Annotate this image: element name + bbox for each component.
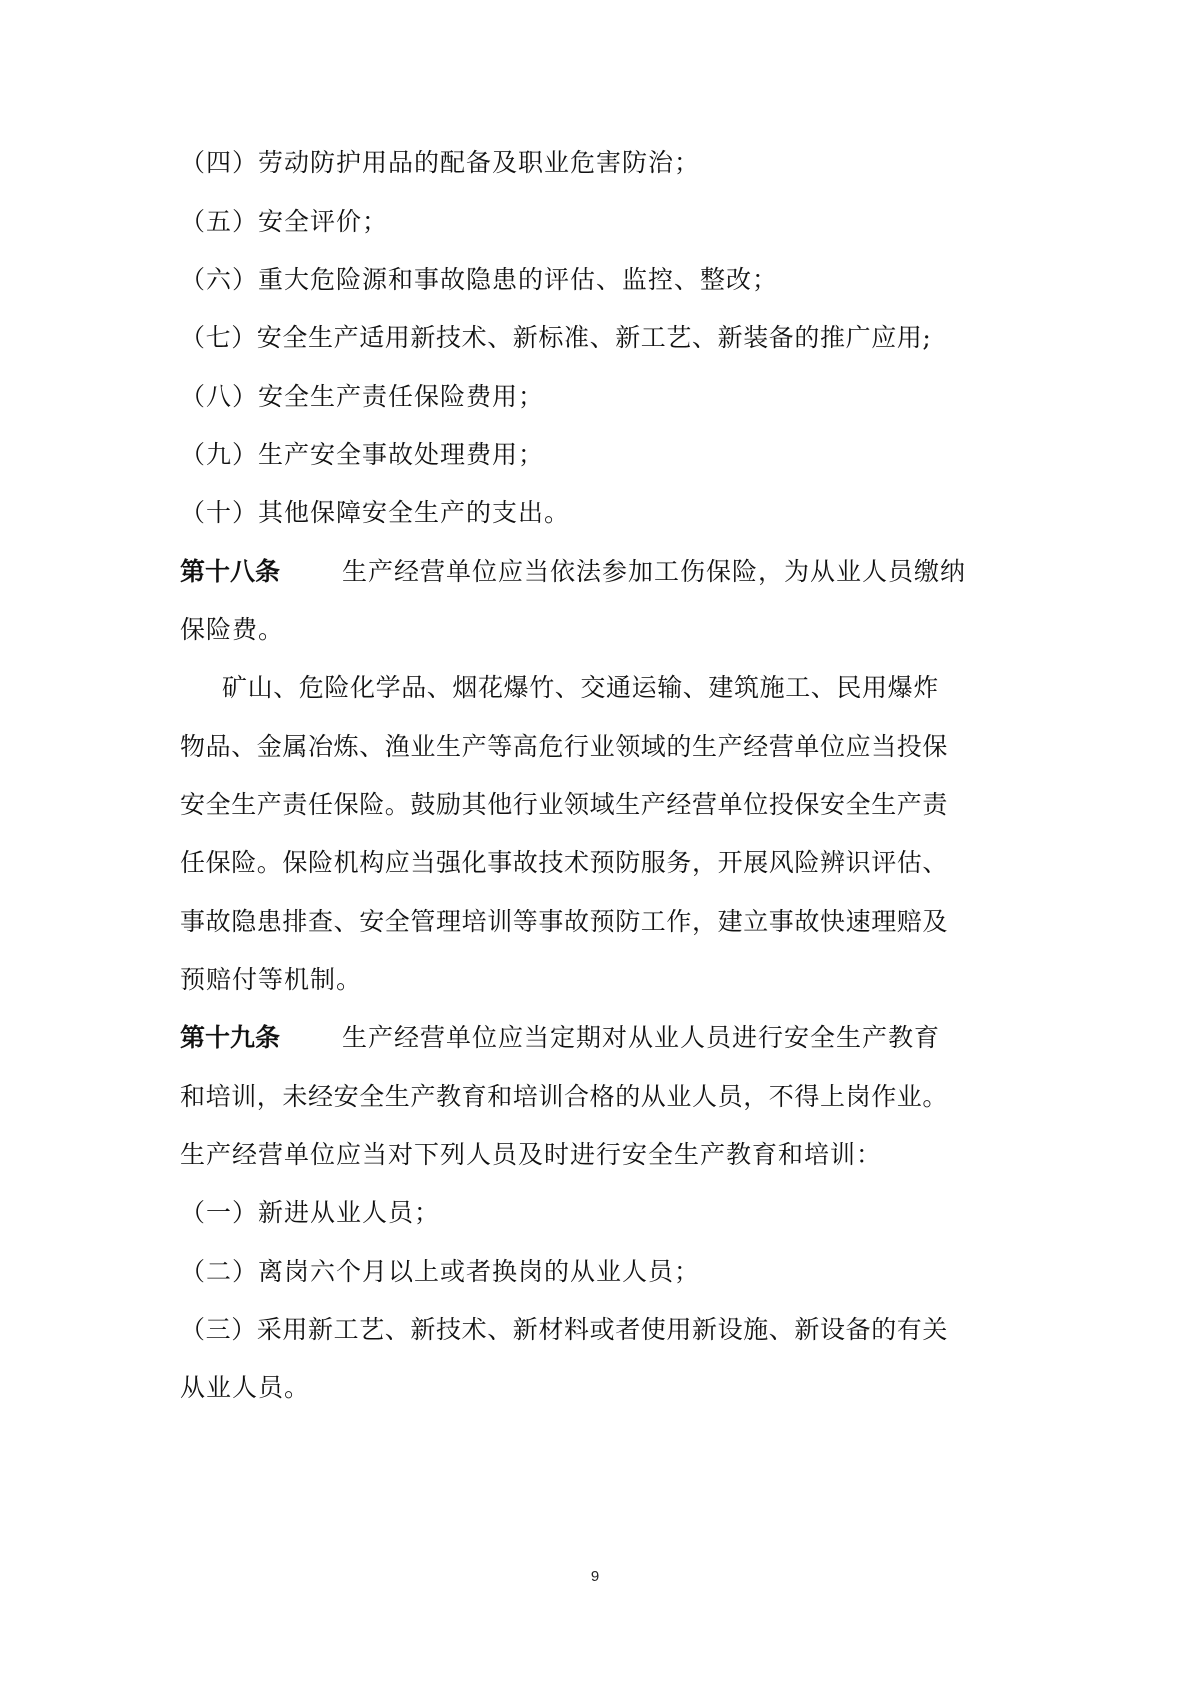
list-item: （十）其他保障安全生产的支出。 [180,498,570,528]
article-text: 生产经营单位应当依法参加工伤保险，为从业人员缴纳 [342,557,966,586]
paragraph-line: 物品、金属冶炼、渔业生产等高危行业领域的生产经营单位应当投保 [180,732,948,762]
page-number: 9 [0,1568,1190,1585]
paragraph-line: 安全生产责任保险。鼓励其他行业领域生产经营单位投保安全生产责 [180,790,948,820]
article-heading: 第十八条 [180,557,280,586]
list-item: （七）安全生产适用新技术、新标准、新工艺、新装备的推广应用; [180,323,931,353]
list-item: （八）安全生产责任保险费用； [180,382,544,412]
list-item: （五）安全评价； [180,207,388,237]
list-item: （二）离岗六个月以上或者换岗的从业人员； [180,1257,700,1287]
article-19-line: 第十九条生产经营单位应当定期对从业人员进行安全生产教育 [180,1023,940,1053]
paragraph-line: 任保险。保险机构应当强化事故技术预防服务，开展风险辨识评估、 [180,848,948,878]
document-page: （四）劳动防护用品的配备及职业危害防治； （五）安全评价； （六）重大危险源和事… [0,0,1190,1683]
list-item: 从业人员。 [180,1373,310,1403]
list-item: （六）重大危险源和事故隐患的评估、监控、整改； [180,265,778,295]
paragraph-line: 矿山、危险化学品、烟花爆竹、交通运输、建筑施工、民用爆炸 [222,673,939,703]
article-text-line: 和培训，未经安全生产教育和培训合格的从业人员，不得上岗作业。 [180,1082,948,1112]
paragraph-line: 预赔付等机制。 [180,965,362,995]
list-item: （三）采用新工艺、新技术、新材料或者使用新设施、新设备的有关 [180,1315,948,1345]
list-item: （一）新进从业人员； [180,1198,440,1228]
article-text: 生产经营单位应当定期对从业人员进行安全生产教育 [342,1023,940,1052]
article-18-line: 第十八条生产经营单位应当依法参加工伤保险，为从业人员缴纳 [180,557,966,587]
article-text-line: 生产经营单位应当对下列人员及时进行安全生产教育和培训： [180,1140,882,1170]
list-item: （四）劳动防护用品的配备及职业危害防治； [180,148,700,178]
article-heading: 第十九条 [180,1023,280,1052]
article-text-line: 保险费。 [180,615,284,645]
list-item: （九）生产安全事故处理费用； [180,440,544,470]
paragraph-line: 事故隐患排查、安全管理培训等事故预防工作，建立事故快速理赔及 [180,907,948,937]
